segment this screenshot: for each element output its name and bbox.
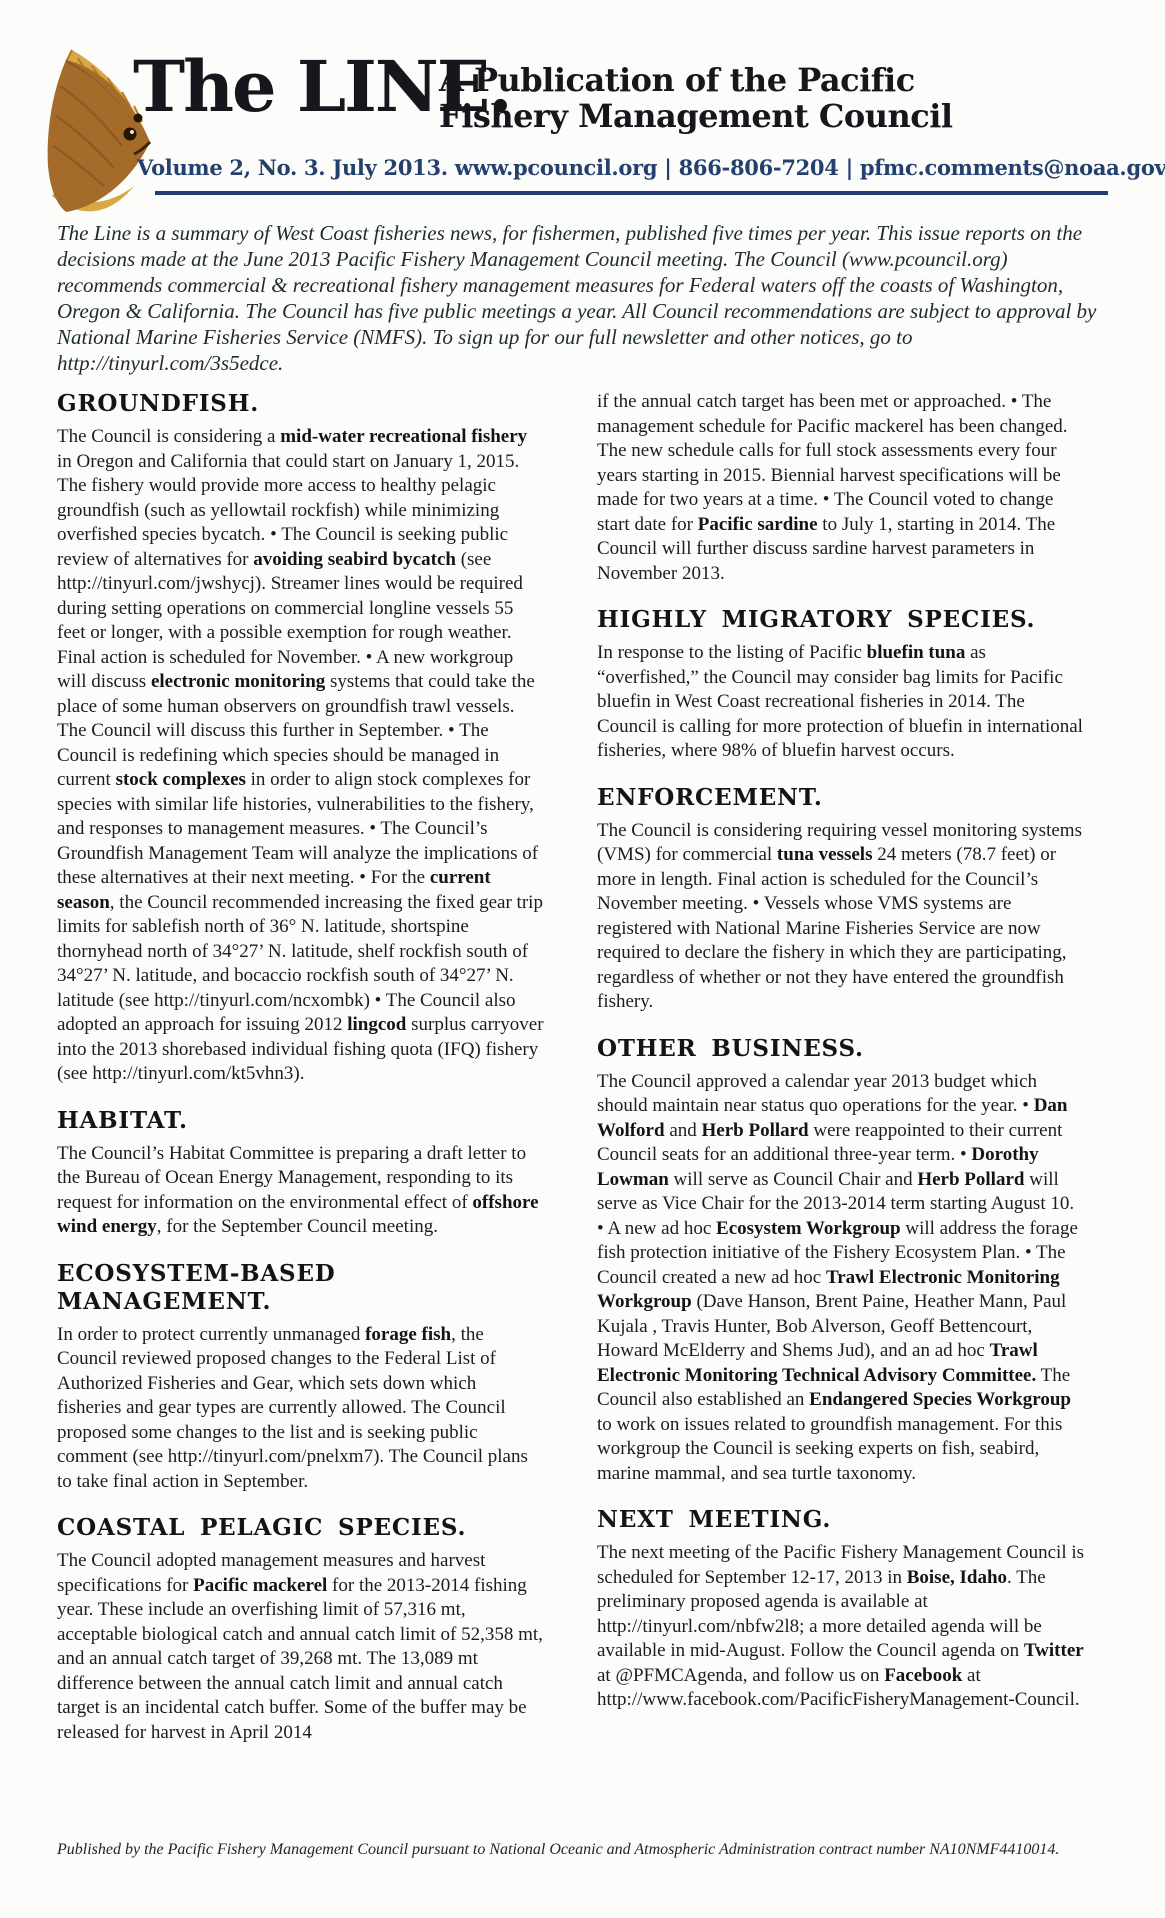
volume-issue-line: Volume 2, No. 3. July 2013. www.pcouncil… [137,156,1165,180]
section-enforcement: ENFORCEMENT. The Council is considering … [597,784,1085,1015]
section-body: The Council is considering requiring ves… [597,819,1085,1015]
section-heading: NEXT MEETING. [597,1506,1085,1534]
section-heading: OTHER BUSINESS. [597,1035,1085,1063]
section-body: The Council is considering a mid-water r… [57,425,545,1087]
section-coastal-pelagic-continued: if the annual catch target has been met … [597,390,1085,586]
section-body: if the annual catch target has been met … [597,390,1085,586]
masthead: The LINE. A Publication of the Pacific F… [57,48,1108,200]
section-ecosystem-based-management: ECOSYSTEM-BASED MANAGEMENT. In order to … [57,1260,545,1495]
section-coastal-pelagic-species: COASTAL PELAGIC SPECIES. The Council ado… [57,1514,545,1745]
section-groundfish: GROUNDFISH. The Council is considering a… [57,390,545,1087]
section-body: The Council adopted management measures … [57,1549,545,1745]
footer-note: Published by the Pacific Fishery Managem… [57,1840,1108,1860]
newsletter-page: The LINE. A Publication of the Pacific F… [0,0,1165,1918]
section-body: In response to the listing of Pacific bl… [597,641,1085,764]
right-column: if the annual catch target has been met … [597,390,1085,1745]
section-body: The next meeting of the Pacific Fishery … [597,1541,1085,1713]
publication-subtitle-line1: A Publication of the Pacific [439,62,953,98]
section-body: The Council’s Habitat Committee is prepa… [57,1142,545,1240]
publication-subtitle: A Publication of the Pacific Fishery Man… [439,62,953,134]
section-next-meeting: NEXT MEETING. The next meeting of the Pa… [597,1506,1085,1713]
section-heading: COASTAL PELAGIC SPECIES. [57,1514,545,1542]
section-other-business: OTHER BUSINESS. The Council approved a c… [597,1035,1085,1487]
intro-paragraph: The Line is a summary of West Coast fish… [57,220,1108,376]
section-highly-migratory-species: HIGHLY MIGRATORY SPECIES. In response to… [597,606,1085,764]
section-heading: HABITAT. [57,1107,545,1135]
body-columns: GROUNDFISH. The Council is considering a… [57,390,1108,1745]
section-heading: GROUNDFISH. [57,390,545,418]
section-body: The Council approved a calendar year 201… [597,1070,1085,1487]
publication-subtitle-line2: Fishery Management Council [439,98,953,134]
section-heading: ECOSYSTEM-BASED MANAGEMENT. [57,1260,545,1316]
section-habitat: HABITAT. The Council’s Habitat Committee… [57,1107,545,1240]
section-body: In order to protect currently unmanaged … [57,1323,545,1495]
section-heading: HIGHLY MIGRATORY SPECIES. [597,606,1085,634]
left-column: GROUNDFISH. The Council is considering a… [57,390,545,1745]
masthead-divider [155,191,1108,195]
section-heading: ENFORCEMENT. [597,784,1085,812]
